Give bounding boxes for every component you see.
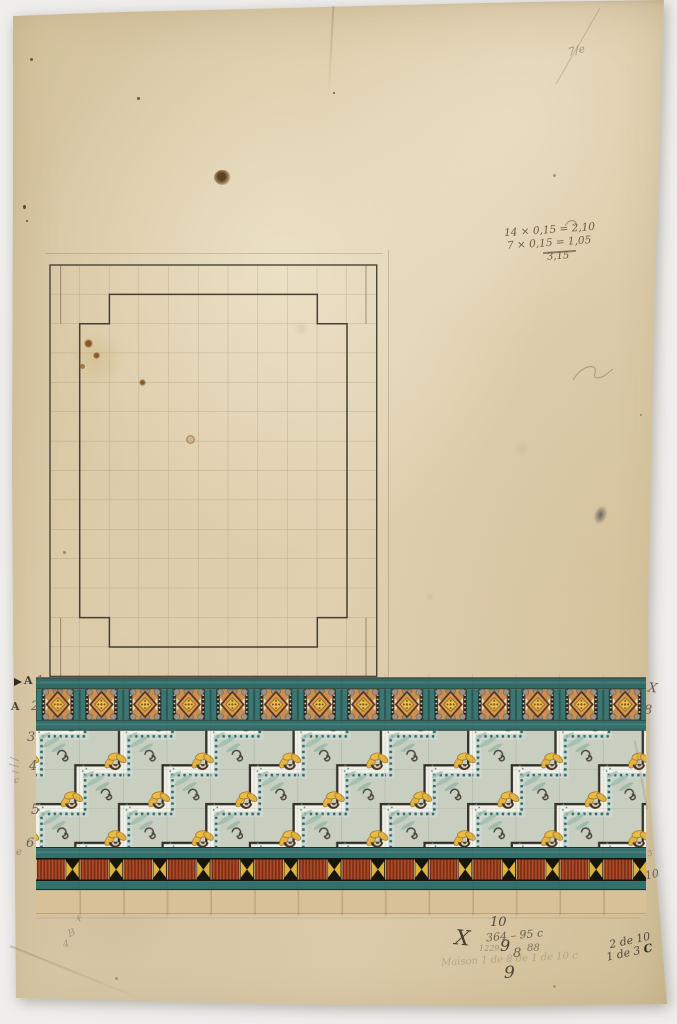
- speck-4: [553, 174, 556, 177]
- bottom-x-mark: X: [454, 925, 471, 950]
- margin-c-mark: c: [14, 776, 19, 786]
- stain-faint-3: [424, 592, 436, 602]
- red-baguette-band: [36, 860, 646, 880]
- margin-a1-num: 1: [36, 673, 44, 687]
- speck-10: [553, 985, 556, 988]
- margin-num-4: 4: [29, 759, 37, 774]
- margin-num-5: 5: [31, 802, 40, 818]
- stain-rust-2: [93, 352, 100, 359]
- stain-faint-1: [292, 322, 310, 336]
- teal-band-bottom: [36, 881, 646, 889]
- speck-3: [333, 92, 335, 94]
- painted-tile-border: [36, 677, 646, 915]
- bottom-ten: 10: [490, 915, 507, 930]
- plinth-band: [36, 890, 646, 915]
- drawing-overlay: [0, 0, 677, 1024]
- stain-dark-spot: [214, 170, 231, 185]
- bottom-nine-2: 9: [504, 963, 515, 983]
- diamond-frieze-band: [36, 689, 646, 720]
- stain-rust-3: [80, 364, 85, 369]
- stain-blotch: [70, 328, 122, 390]
- speck-1: [30, 58, 33, 61]
- margin-a2-num: 2: [31, 699, 39, 714]
- stain-rust-1: [84, 339, 93, 348]
- stain-ring: [186, 435, 195, 444]
- speck-6: [26, 220, 28, 222]
- bottom-nine-1: 9: [500, 936, 510, 955]
- stain-faint-2: [513, 441, 531, 457]
- bottom-faint-num: 1229: [479, 944, 499, 953]
- margin-num-3: 3: [27, 730, 35, 745]
- right-eight: 8: [644, 703, 652, 718]
- margin-triangle-mark: [14, 678, 22, 686]
- stain-rust-4: [139, 379, 146, 386]
- margin-num-6: 6: [26, 836, 34, 851]
- margin-a1-letter: A: [24, 674, 33, 687]
- speck-9: [115, 977, 118, 980]
- speck-5: [23, 205, 26, 209]
- speck-7: [63, 551, 66, 554]
- speck-8: [640, 414, 642, 416]
- margin-e-mark: e: [16, 847, 22, 858]
- pencil-plan: [45, 250, 388, 678]
- calc-total: 3,15: [547, 250, 570, 263]
- meander-field-band: [36, 731, 646, 847]
- speck-2: [137, 97, 140, 100]
- scanned-drawing: 7/e 14 × 0,15 = 2,10 7 × 0,15 = 1,05 3,1…: [0, 0, 677, 1024]
- margin-a2-letter: A: [11, 700, 20, 713]
